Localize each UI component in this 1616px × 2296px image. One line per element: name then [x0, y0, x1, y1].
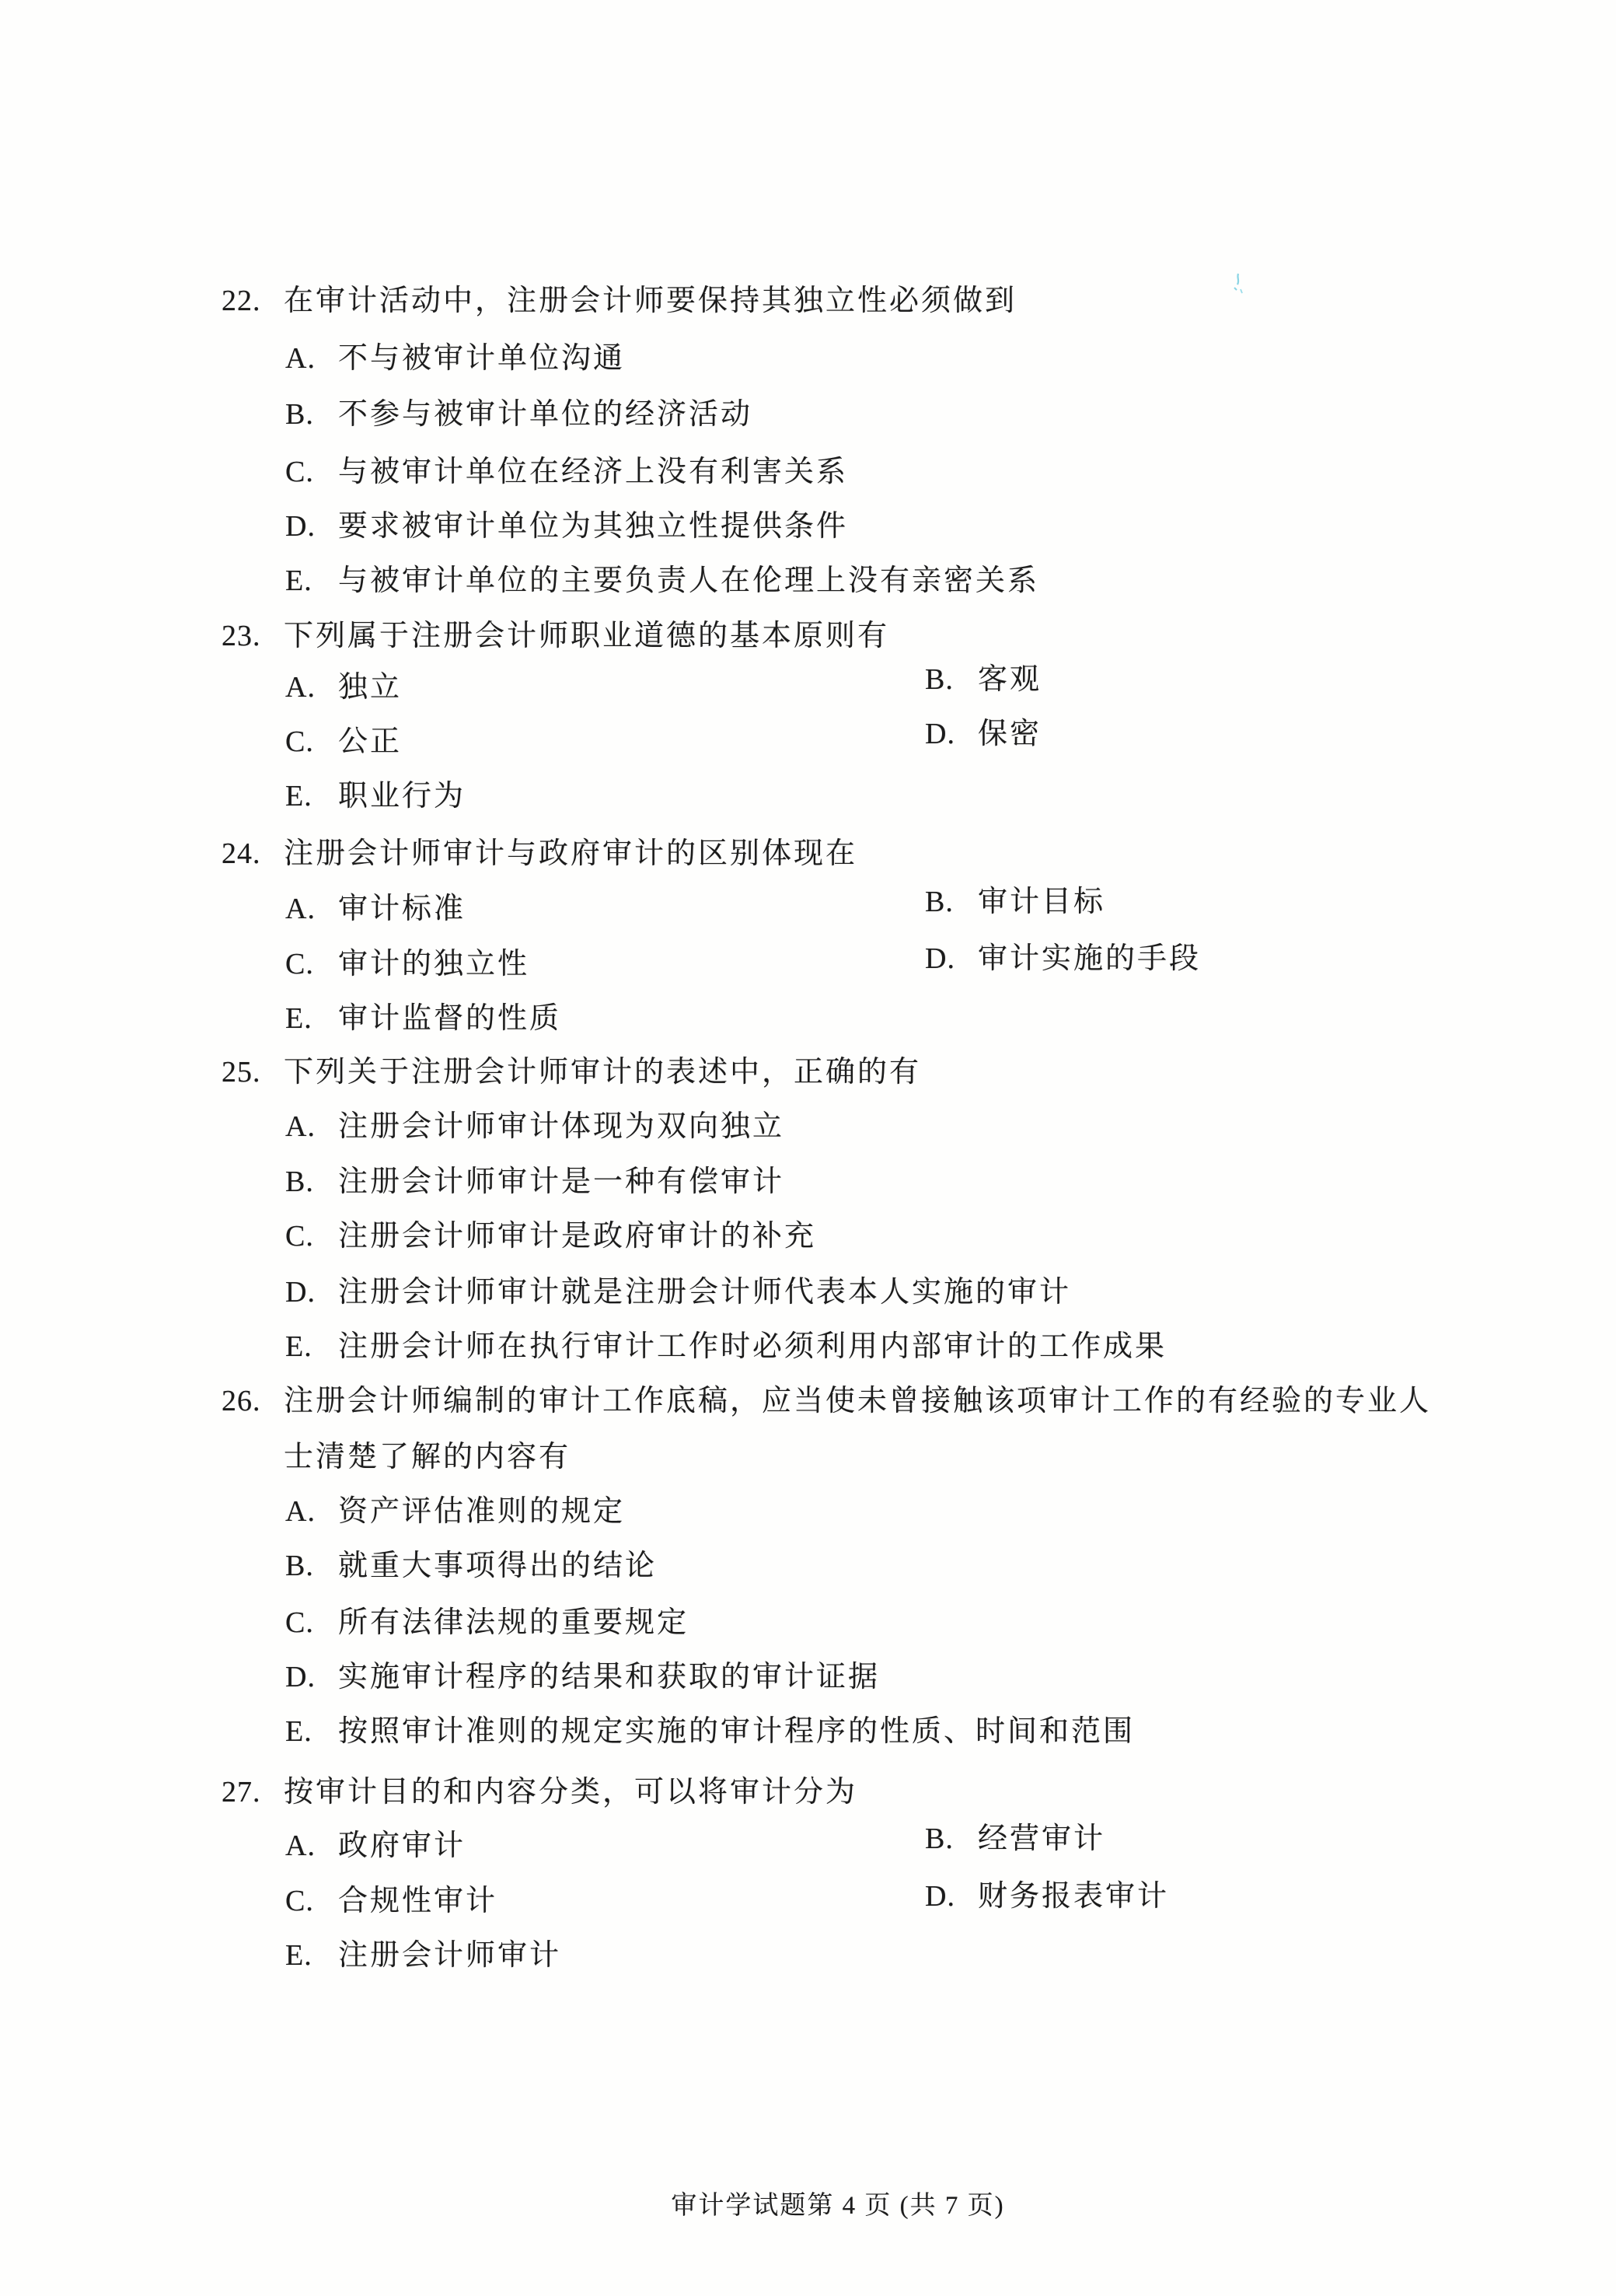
question-24-option-b: B.审计目标	[925, 886, 1105, 918]
question-23-number: 23.	[222, 620, 284, 652]
question-27-number: 27.	[222, 1776, 284, 1808]
option-label: D.	[285, 1661, 338, 1693]
question-25-option-d: D.注册会计师审计就是注册会计师代表本人实施的审计	[285, 1276, 1071, 1309]
option-label: C.	[285, 725, 338, 758]
question-26-option-d: D.实施审计程序的结果和获取的审计证据	[285, 1661, 880, 1693]
option-label: E.	[285, 1715, 338, 1748]
option-text: 所有法律法规的重要规定	[338, 1606, 689, 1639]
option-label: E.	[285, 564, 338, 597]
question-24-option-e: E.审计监督的性质	[285, 1002, 561, 1035]
question-23-option-a: A.独立	[285, 671, 402, 704]
option-text: 审计标准	[338, 893, 466, 925]
option-label: D.	[285, 1276, 338, 1309]
question-23-stem: 23.下列属于注册会计师职业道德的基本原则有	[222, 620, 889, 652]
question-26-option-b: B.就重大事项得出的结论	[285, 1550, 657, 1582]
question-23-option-b: B.客观	[925, 663, 1042, 696]
option-text: 审计监督的性质	[338, 1002, 561, 1035]
question-27-stem: 27.按审计目的和内容分类，可以将审计分为	[222, 1776, 857, 1808]
question-24-option-c: C.审计的独立性	[285, 948, 529, 980]
question-27-option-d: D.财务报表审计	[925, 1880, 1169, 1913]
question-26-stem-text-2: 士清楚了解的内容有	[284, 1441, 571, 1473]
question-27-stem-text: 按审计目的和内容分类，可以将审计分为	[284, 1776, 857, 1808]
option-text: 注册会计师审计	[338, 1939, 561, 1972]
option-label: D.	[925, 718, 978, 750]
option-text: 注册会计师审计是政府审计的补充	[338, 1220, 816, 1253]
question-25-stem-text: 下列关于注册会计师审计的表述中，正确的有	[284, 1056, 921, 1089]
option-label: A.	[285, 1829, 338, 1862]
question-26-option-a: A.资产评估准则的规定	[285, 1495, 625, 1528]
question-24-stem: 24.注册会计师审计与政府审计的区别体现在	[222, 837, 857, 870]
question-25-option-b: B.注册会计师审计是一种有偿审计	[285, 1165, 784, 1198]
option-label: A.	[285, 342, 338, 375]
option-label: D.	[925, 1880, 978, 1913]
question-24-option-a: A.审计标准	[285, 893, 466, 925]
option-label: A.	[285, 1110, 338, 1143]
option-label: C.	[285, 948, 338, 980]
option-label: A.	[285, 1495, 338, 1528]
option-text: 不参与被审计单位的经济活动	[338, 398, 752, 431]
option-label: B.	[285, 1550, 338, 1582]
option-label: B.	[925, 663, 978, 696]
option-label: A.	[285, 671, 338, 704]
option-label: B.	[285, 398, 338, 431]
scan-artifact-mark	[1231, 272, 1245, 295]
option-text: 资产评估准则的规定	[338, 1495, 625, 1528]
option-text: 注册会计师审计体现为双向独立	[338, 1110, 784, 1143]
question-22-option-e: E.与被审计单位的主要负责人在伦理上没有亲密关系	[285, 564, 1039, 597]
option-text: 职业行为	[338, 780, 466, 813]
question-26-option-c: C.所有法律法规的重要规定	[285, 1606, 689, 1639]
question-23-stem-text: 下列属于注册会计师职业道德的基本原则有	[284, 620, 889, 652]
question-27-option-c: C.合规性审计	[285, 1885, 497, 1917]
option-text: 不与被审计单位沟通	[338, 342, 625, 375]
option-label: E.	[285, 1939, 338, 1972]
question-26-stem-line1: 26.注册会计师编制的审计工作底稿，应当使未曾接触该项审计工作的有经验的专业人	[222, 1385, 1431, 1417]
option-text: 政府审计	[338, 1829, 466, 1862]
option-text: 就重大事项得出的结论	[338, 1550, 657, 1582]
option-label: E.	[285, 1330, 338, 1363]
question-25-option-c: C.注册会计师审计是政府审计的补充	[285, 1220, 816, 1253]
question-25-stem: 25.下列关于注册会计师审计的表述中，正确的有	[222, 1056, 921, 1089]
question-24-option-d: D.审计实施的手段	[925, 942, 1201, 975]
question-27-option-e: E.注册会计师审计	[285, 1939, 561, 1972]
option-text: 客观	[978, 663, 1042, 696]
question-22-number: 22.	[222, 285, 284, 317]
question-22-option-c: C.与被审计单位在经济上没有利害关系	[285, 456, 848, 488]
option-text: 与被审计单位的主要负责人在伦理上没有亲密关系	[338, 564, 1039, 597]
question-24-number: 24.	[222, 837, 284, 870]
option-label: B.	[925, 886, 978, 918]
option-text: 审计目标	[978, 886, 1105, 918]
question-27-option-b: B.经营审计	[925, 1822, 1105, 1855]
option-label: E.	[285, 1002, 338, 1035]
question-22-stem-text: 在审计活动中，注册会计师要保持其独立性必须做到	[284, 285, 1017, 317]
question-24-stem-text: 注册会计师审计与政府审计的区别体现在	[284, 837, 857, 870]
page-footer: 审计学试题第 4 页 (共 7 页)	[671, 2185, 1004, 2221]
question-25-number: 25.	[222, 1056, 284, 1089]
option-text: 注册会计师在执行审计工作时必须利用内部审计的工作成果	[338, 1330, 1167, 1363]
option-label: C.	[285, 1606, 338, 1639]
question-22-stem: 22.在审计活动中，注册会计师要保持其独立性必须做到	[222, 285, 1017, 317]
exam-page-scan: 22.在审计活动中，注册会计师要保持其独立性必须做到 A.不与被审计单位沟通 B…	[0, 0, 1616, 2296]
option-label: A.	[285, 893, 338, 925]
option-text: 实施审计程序的结果和获取的审计证据	[338, 1661, 880, 1693]
option-text: 按照审计准则的规定实施的审计程序的性质、时间和范围	[338, 1715, 1135, 1748]
question-23-option-c: C.公正	[285, 725, 402, 758]
option-label: C.	[285, 1885, 338, 1917]
option-text: 经营审计	[978, 1822, 1105, 1855]
question-25-option-a: A.注册会计师审计体现为双向独立	[285, 1110, 784, 1143]
question-26-number: 26.	[222, 1385, 284, 1417]
question-22-option-d: D.要求被审计单位为其独立性提供条件	[285, 510, 848, 543]
option-text: 注册会计师审计是一种有偿审计	[338, 1165, 784, 1198]
option-text: 保密	[978, 718, 1042, 750]
question-26-stem-text-1: 注册会计师编制的审计工作底稿，应当使未曾接触该项审计工作的有经验的专业人	[284, 1385, 1431, 1417]
option-label: B.	[925, 1822, 978, 1855]
option-label: D.	[925, 942, 978, 975]
option-label: D.	[285, 510, 338, 543]
option-label: C.	[285, 456, 338, 488]
question-22-option-b: B.不参与被审计单位的经济活动	[285, 398, 752, 431]
option-text: 注册会计师审计就是注册会计师代表本人实施的审计	[338, 1276, 1071, 1309]
question-25-option-e: E.注册会计师在执行审计工作时必须利用内部审计的工作成果	[285, 1330, 1167, 1363]
option-text: 合规性审计	[338, 1885, 497, 1917]
option-label: E.	[285, 780, 338, 813]
question-22-option-a: A.不与被审计单位沟通	[285, 342, 625, 375]
option-label: C.	[285, 1220, 338, 1253]
option-text: 财务报表审计	[978, 1880, 1169, 1913]
option-text: 要求被审计单位为其独立性提供条件	[338, 510, 848, 543]
question-26-stem-line2: 士清楚了解的内容有	[284, 1441, 571, 1473]
option-label: B.	[285, 1165, 338, 1198]
option-text: 与被审计单位在经济上没有利害关系	[338, 456, 848, 488]
option-text: 审计实施的手段	[978, 942, 1201, 975]
option-text: 公正	[338, 725, 402, 758]
question-23-option-e: E.职业行为	[285, 780, 466, 813]
question-23-option-d: D.保密	[925, 718, 1042, 750]
option-text: 独立	[338, 671, 402, 704]
question-26-option-e: E.按照审计准则的规定实施的审计程序的性质、时间和范围	[285, 1715, 1135, 1748]
option-text: 审计的独立性	[338, 948, 529, 980]
question-27-option-a: A.政府审计	[285, 1829, 466, 1862]
